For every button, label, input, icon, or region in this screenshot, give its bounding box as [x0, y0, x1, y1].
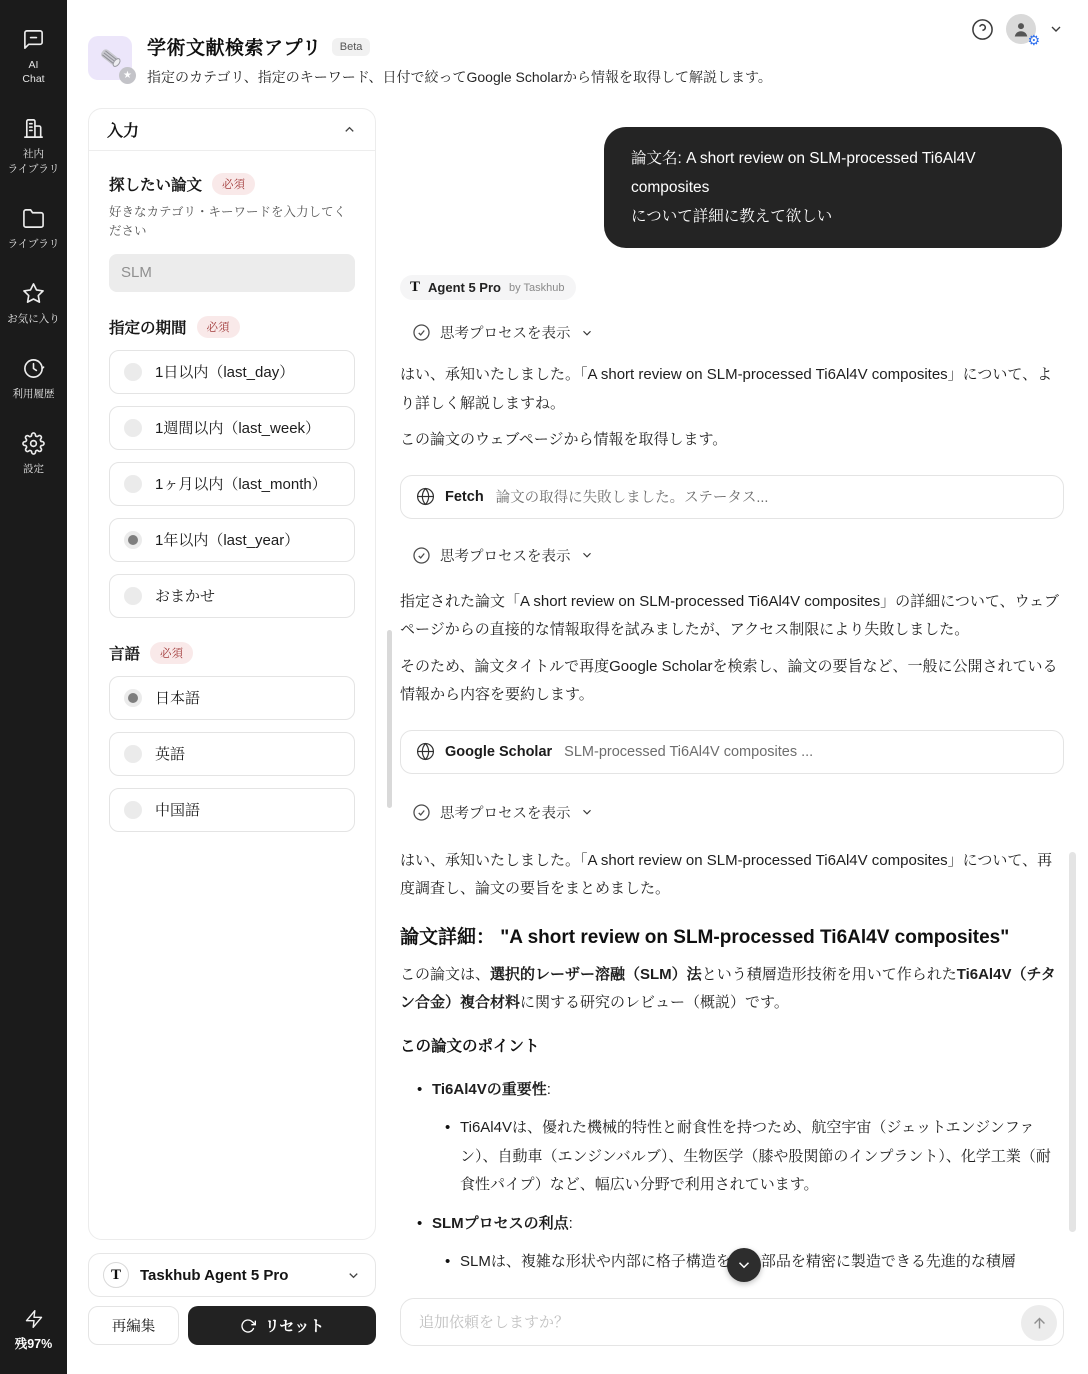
radio-icon-selected	[124, 689, 142, 707]
radio-period-auto[interactable]: おまかせ	[109, 574, 355, 618]
radio-period-last-day[interactable]: 1日以内（last_day）	[109, 350, 355, 394]
thinking-process-toggle[interactable]: 思考プロセスを表示	[412, 322, 1064, 343]
gear-icon	[22, 432, 45, 455]
check-circle-icon	[412, 803, 431, 822]
bullet-list: • Ti6Al4Vの重要性: • Ti6Al4Vは、優れた機械的特性と耐食性を持…	[400, 1076, 1064, 1277]
star-badge-icon: ★	[119, 67, 136, 84]
radio-language-english[interactable]: 英語	[109, 732, 355, 776]
thinking-process-toggle[interactable]: 思考プロセスを表示	[412, 545, 1064, 566]
paper-field-label: 探したい論文	[109, 173, 202, 195]
folder-icon	[22, 207, 45, 230]
input-panel: 入力 探したい論文 必須 好きなカテゴリ・キーワードを入力してください 指定の期…	[88, 108, 376, 1240]
send-button[interactable]	[1021, 1305, 1057, 1341]
tool-call-fetch[interactable]: Fetch 論文の取得に失敗しました。ステータス...	[400, 475, 1064, 519]
app-sidebar: AI Chat 社内 ライブラリ ライブラリ お気に入り	[0, 0, 67, 1374]
globe-icon	[416, 487, 435, 506]
sidebar-item-settings[interactable]: 設定	[2, 432, 66, 476]
input-panel-header[interactable]: 入力	[89, 109, 375, 151]
sidebar-item-favorites[interactable]: お気に入り	[2, 282, 66, 326]
chevron-up-icon[interactable]	[342, 122, 357, 137]
followup-input[interactable]	[401, 1299, 1063, 1345]
composer-bar	[400, 1298, 1064, 1346]
star-icon	[22, 282, 45, 305]
history-icon	[22, 357, 45, 380]
assistant-paragraph: この論文のウェブページから情報を取得します。	[400, 426, 1064, 455]
user-message-bubble: 論文名: A short review on SLM-processed Ti6…	[604, 127, 1062, 248]
sidebar-item-label: 利用履歴	[13, 387, 55, 401]
chevron-down-icon	[580, 326, 594, 340]
chevron-down-icon	[580, 805, 594, 819]
taskhub-logo-icon: T	[410, 279, 420, 296]
required-badge: 必須	[212, 173, 255, 195]
assistant-paragraph: はい、承知いたしました。「A short review on SLM-proce…	[400, 847, 1064, 904]
language-field-label: 言語	[109, 642, 140, 664]
sidebar-item-company-library[interactable]: 社内 ライブラリ	[2, 117, 66, 175]
sidebar-item-library[interactable]: ライブラリ	[2, 207, 66, 251]
page-title: 学術文献検索アプリ	[147, 33, 322, 60]
building-icon	[22, 117, 45, 140]
scroll-to-bottom-button[interactable]	[727, 1248, 761, 1282]
assistant-paragraph: そのため、論文タイトルで再度Google Scholarを検索し、論文の要旨など…	[400, 653, 1064, 710]
check-circle-icon	[412, 546, 431, 565]
sidebar-item-label: 設定	[23, 462, 44, 476]
radio-period-last-month[interactable]: 1ヶ月以内（last_month）	[109, 462, 355, 506]
agent-badge: T Agent 5 Pro by Taskhub	[400, 275, 576, 300]
assistant-paragraph: はい、承知いたしました。「A short review on SLM-proce…	[400, 361, 1064, 418]
chat-scrollbar-thumb[interactable]	[1069, 852, 1076, 1232]
chat-icon	[22, 28, 45, 51]
list-item: • SLMプロセスの利点:	[417, 1210, 1064, 1239]
required-badge: 必須	[150, 642, 193, 664]
radio-language-chinese[interactable]: 中国語	[109, 788, 355, 832]
period-field-label: 指定の期間	[109, 316, 187, 338]
points-title: この論文のポイント	[400, 1034, 1064, 1056]
app-logo: ★	[88, 36, 132, 80]
sidebar-item-ai-chat[interactable]: AI Chat	[2, 28, 66, 86]
tool-call-google-scholar[interactable]: Google Scholar SLM-processed Ti6Al4V com…	[400, 730, 1064, 774]
list-item: • Ti6Al4Vは、優れた機械的特性と耐食性を持つため、航空宇宙（ジェットエン…	[445, 1114, 1064, 1200]
globe-icon	[416, 742, 435, 761]
sidebar-item-label: AI Chat	[22, 58, 44, 86]
required-badge: 必須	[197, 316, 240, 338]
panel-title: 入力	[107, 118, 139, 141]
chevron-down-icon	[735, 1256, 753, 1274]
credit-remaining: 残97%	[0, 1309, 67, 1352]
taskhub-logo-icon: T	[103, 1262, 129, 1288]
sidebar-item-label: 社内 ライブラリ	[8, 147, 60, 175]
beta-badge: Beta	[332, 38, 371, 56]
credit-remaining-label: 残97%	[15, 1334, 53, 1352]
agent-selector[interactable]: T Taskhub Agent 5 Pro	[88, 1253, 376, 1297]
check-circle-icon	[412, 323, 431, 342]
chevron-down-icon	[580, 548, 594, 562]
radio-icon	[124, 801, 142, 819]
paper-field-help: 好きなカテゴリ・キーワードを入力してください	[109, 203, 355, 242]
radio-period-last-year[interactable]: 1年以内（last_year）	[109, 518, 355, 562]
arrow-up-icon	[1031, 1315, 1048, 1332]
radio-language-japanese[interactable]: 日本語	[109, 676, 355, 720]
composer-area	[400, 1290, 1064, 1374]
paper-keyword-input[interactable]	[109, 254, 355, 292]
radio-icon	[124, 587, 142, 605]
chat-area: 論文名: A short review on SLM-processed Ti6…	[400, 0, 1064, 1277]
chevron-down-icon	[346, 1268, 361, 1283]
thinking-process-toggle[interactable]: 思考プロセスを表示	[412, 802, 1064, 823]
sidebar-item-usage-history[interactable]: 利用履歴	[2, 357, 66, 401]
answer-heading: 論文詳細： "A short review on SLM-processed T…	[400, 922, 1064, 949]
radio-icon	[124, 419, 142, 437]
radio-icon	[124, 363, 142, 381]
panel-scrollbar-thumb[interactable]	[387, 630, 392, 808]
lightning-icon	[24, 1309, 44, 1329]
sidebar-item-label: ライブラリ	[8, 237, 60, 251]
radio-icon-selected	[124, 531, 142, 549]
agent-selector-label: Taskhub Agent 5 Pro	[140, 1267, 335, 1284]
reedit-button[interactable]: 再編集	[88, 1306, 179, 1345]
radio-icon	[124, 475, 142, 493]
refresh-icon	[240, 1318, 256, 1334]
radio-period-last-week[interactable]: 1週間以内（last_week）	[109, 406, 355, 450]
assistant-paragraph: この論文は、選択的レーザー溶融（SLM）法という積層造形技術を用いて作られたTi…	[400, 961, 1064, 1018]
sidebar-item-label: お気に入り	[7, 312, 60, 326]
list-item: • Ti6Al4Vの重要性:	[417, 1076, 1064, 1105]
reset-button[interactable]: リセット	[188, 1306, 376, 1345]
radio-icon	[124, 745, 142, 763]
assistant-paragraph: 指定された論文「A short review on SLM-processed …	[400, 588, 1064, 645]
